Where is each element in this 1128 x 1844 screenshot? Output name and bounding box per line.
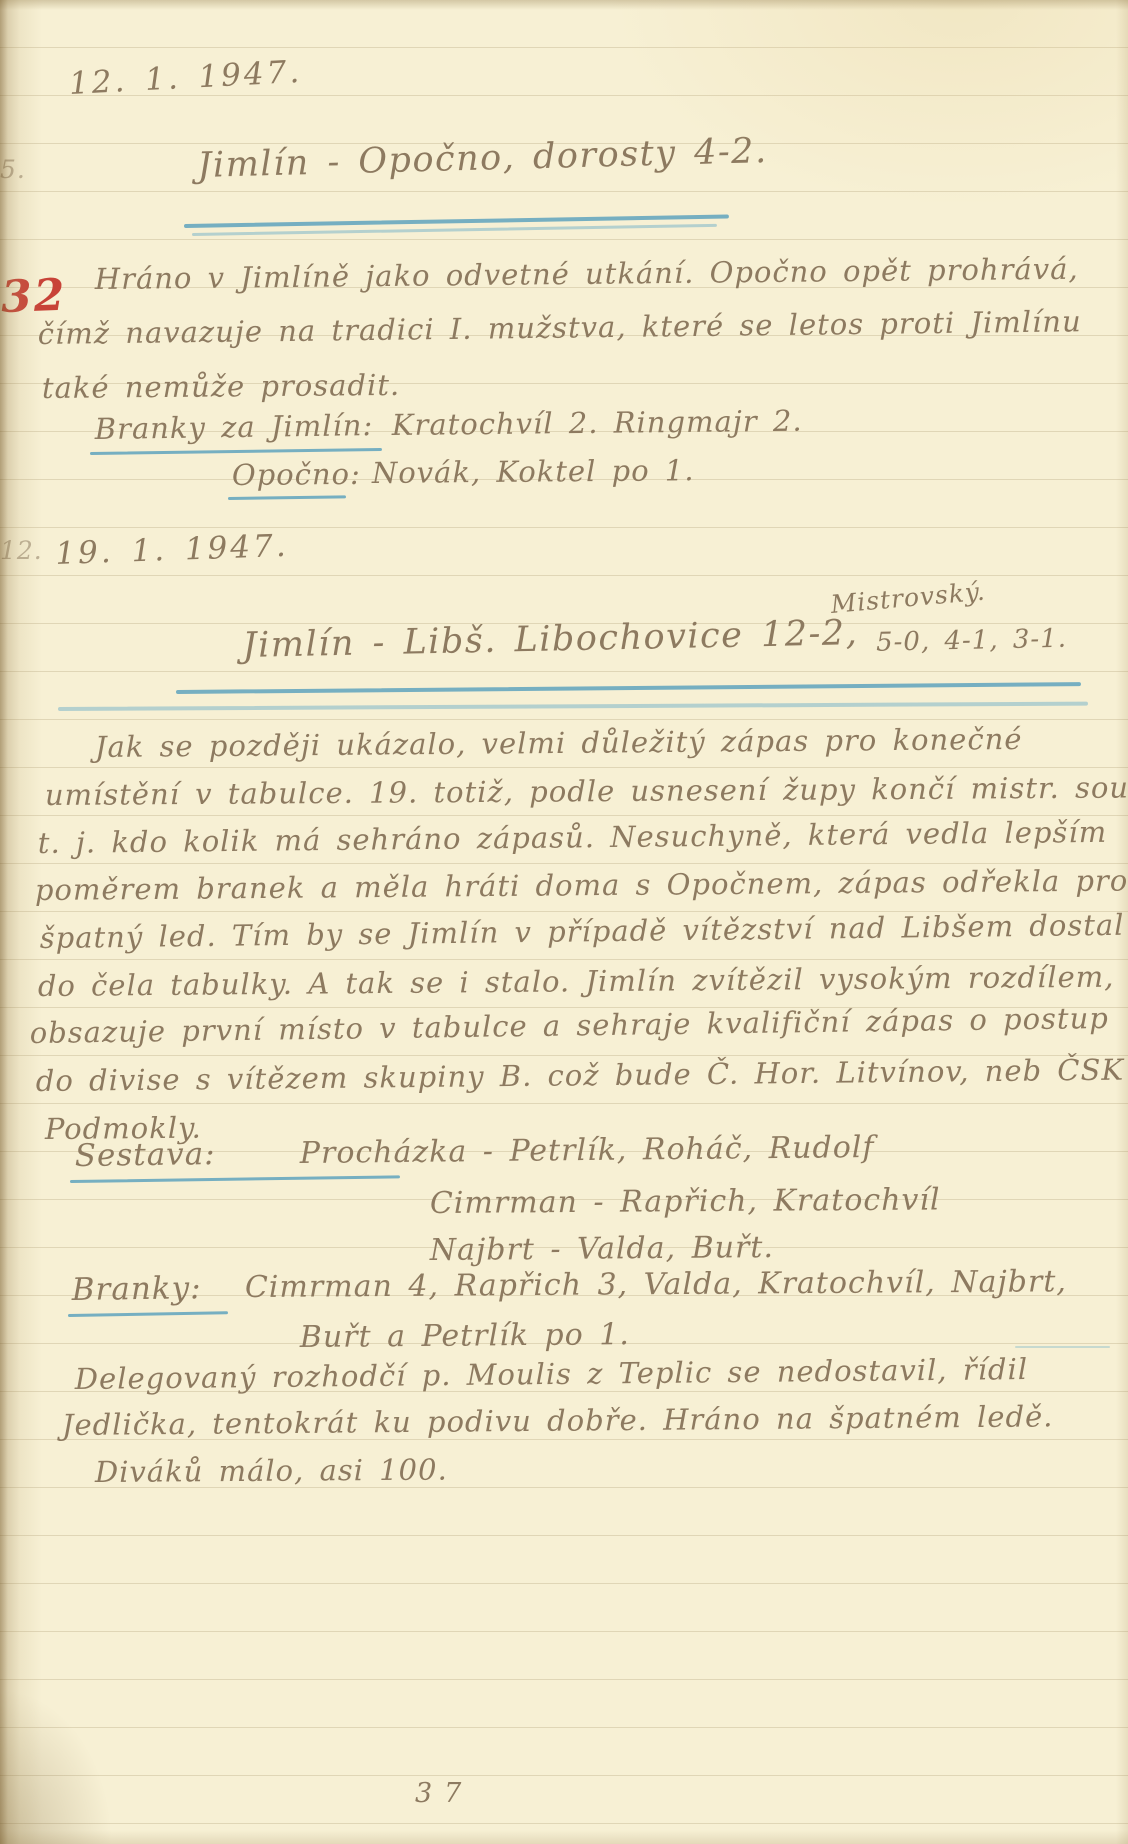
page-number: 37 xyxy=(415,1778,473,1809)
entry1-body-line: čímž navazuje na tradici I. mužstva, kte… xyxy=(38,304,1082,351)
entry2-body-line: špatný led. Tím by se Jimlín v případě v… xyxy=(40,908,1125,955)
entry2-goals-line: Cimrman 4, Rapřich 3, Valda, Kratochvíl,… xyxy=(245,1264,1067,1305)
entry2-title-underline xyxy=(176,682,1081,694)
entry2-body-line: Jak se později ukázalo, velmi důležitý z… xyxy=(95,722,1023,764)
entry2-body-line: umístění v tabulce. 19. totiž, podle usn… xyxy=(45,770,1128,812)
entry2-lineup-underline xyxy=(70,1175,400,1183)
entry2-body-line: obsazuje první místo v tabulce a sehraje… xyxy=(30,1001,1110,1050)
entry1-goals-home-value: Kratochvíl 2. Ringmajr 2. xyxy=(392,404,803,442)
entry2-date: 19. 1. 1947. xyxy=(55,528,289,572)
entry2-footer-line: Jedlička, tentokrát ku podivu dobře. Hrá… xyxy=(62,1399,1054,1442)
pencil-mark xyxy=(1015,1346,1110,1348)
notebook-page: 5. 32 12. 12. 1. 1947. Jimlín - Opočno, … xyxy=(0,0,1128,1844)
entry1-date: 12. 1. 1947. xyxy=(68,54,303,102)
entry2-footer-line: Diváků málo, asi 100. xyxy=(95,1453,448,1489)
entry1-match-title: Jimlín - Opočno, dorosty 4-2. xyxy=(197,131,768,186)
entry2-lineup-row: Najbrt - Valda, Buřt. xyxy=(430,1230,774,1268)
entry2-lineup-row: Procházka - Petrlík, Roháč, Rudolf xyxy=(300,1130,875,1171)
entry2-match-title: Jimlín - Libš. Libochovice 12-2, 5-0, 4-… xyxy=(242,609,1067,666)
margin-mark-top: 5. xyxy=(0,155,26,184)
entry2-goals-line: Buřt a Petrlík po 1. xyxy=(300,1317,630,1355)
margin-mark-mid: 12. xyxy=(0,536,43,565)
entry1-body-line: také nemůže prosadit. xyxy=(42,368,401,405)
entry1-goals-home-underline xyxy=(90,448,382,455)
entry2-lineup-label: Sestava: xyxy=(74,1136,215,1174)
entry1-goals-home-label: Branky za Jimlín: xyxy=(95,408,374,446)
entry2-title-scores: 5-0, 4-1, 3-1. xyxy=(876,624,1068,658)
entry1-body-line: Hráno v Jimlíně jako odvetné utkání. Opo… xyxy=(95,252,1079,296)
entry2-title-underline-2 xyxy=(58,702,1088,711)
entry2-title-main: Jimlín - Libš. Libochovice 12-2, xyxy=(242,613,858,666)
entry2-body-line: poměrem branek a měla hráti doma s Opočn… xyxy=(35,863,1128,907)
entry2-footer-line: Delegovaný rozhodčí p. Moulis z Teplic s… xyxy=(75,1352,1029,1396)
entry2-goals-label: Branky: xyxy=(71,1270,201,1308)
entry2-body-line: do čela tabulky. A tak se i stalo. Jimlí… xyxy=(38,960,1115,1003)
entry2-body-line: t. j. kdo kolik má sehráno zápasů. Nesuc… xyxy=(38,815,1108,860)
entry1-goals-away-underline xyxy=(228,495,346,500)
entry2-body-line: do divise s vítězem skupiny B. což bude … xyxy=(36,1053,1125,1098)
entry2-lineup-row: Cimrman - Rapřich, Kratochvíl xyxy=(430,1182,941,1221)
entry2-goals-underline xyxy=(68,1311,228,1317)
entry1-goals-away-value: Novák, Koktel po 1. xyxy=(372,453,695,490)
margin-page-number-red: 32 xyxy=(0,270,67,323)
entry1-goals-away-label: Opočno: xyxy=(232,457,361,492)
